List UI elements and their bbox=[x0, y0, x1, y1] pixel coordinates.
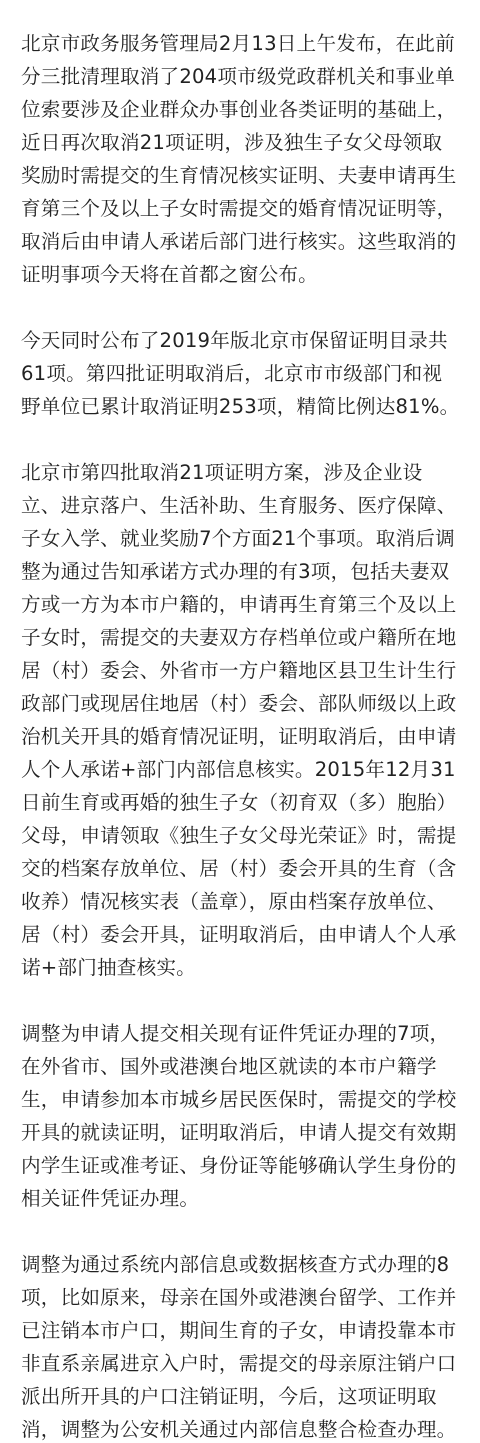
paragraph-internal-verification: 调整为通过系统内部信息或数据核查方式办理的8项，比如原来，母亲在国外或港澳台留学… bbox=[21, 1248, 460, 1443]
paragraph-existing-documents: 调整为申请人提交相关现有证件凭证办理的7项，在外省市、国外或港澳台地区就读的本市… bbox=[21, 1017, 460, 1215]
paragraph-retained-list: 今天同时公布了2019年版北京市保留证明目录共61项。第四批证明取消后，北京市市… bbox=[21, 324, 460, 423]
paragraph-announcement: 北京市政务服务管理局2月13日上午发布，在此前分三批清理取消了204项市级党政群… bbox=[21, 27, 460, 291]
paragraph-fourth-batch: 北京市第四批取消21项证明方案，涉及企业设立、进京落户、生活补助、生育服务、医疗… bbox=[21, 456, 460, 984]
article-body: 北京市政务服务管理局2月13日上午发布，在此前分三批清理取消了204项市级党政群… bbox=[0, 0, 480, 1443]
